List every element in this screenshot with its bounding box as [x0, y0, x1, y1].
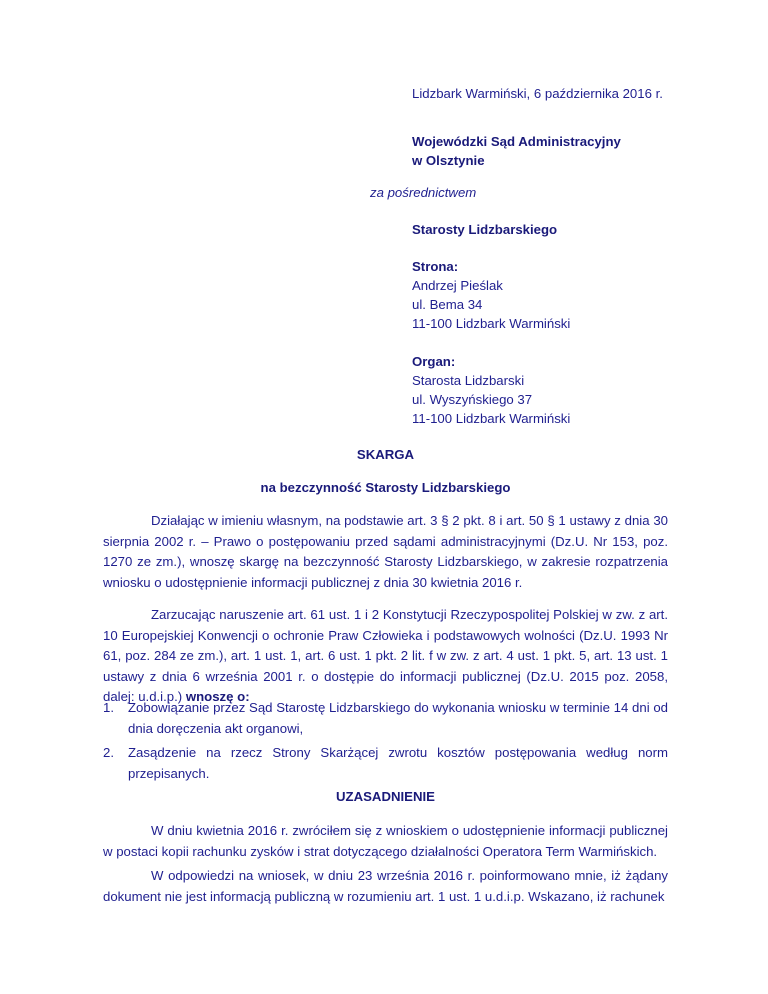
via-authority: Starosty Lidzbarskiego: [412, 220, 557, 240]
justification-paragraph-2: W odpowiedzi na wniosek, w dniu 23 wrześ…: [103, 866, 668, 907]
document-subtitle: na bezczynność Starosty Lidzbarskiego: [103, 478, 668, 498]
party-city: 11-100 Lidzbark Warmiński: [412, 314, 570, 334]
court-name-line2: w Olsztynie: [412, 151, 485, 171]
paragraph-2: Zarzucając naruszenie art. 61 ust. 1 i 2…: [103, 605, 668, 708]
paragraph-1: Działając w imieniu własnym, na podstawi…: [103, 511, 668, 593]
organ-name: Starosta Lidzbarski: [412, 371, 524, 391]
court-name-line1: Wojewódzki Sąd Administracyjny: [412, 132, 621, 152]
request-text: Zasądzenie na rzecz Strony Skarżącej zwr…: [128, 742, 668, 784]
organ-city: 11-100 Lidzbark Warmiński: [412, 409, 570, 429]
place-date: Lidzbark Warmiński, 6 października 2016 …: [412, 84, 663, 104]
party-name: Andrzej Pieślak: [412, 276, 503, 296]
request-item-1: 1. Zobowiązanie przez Sąd Starostę Lidzb…: [103, 697, 668, 739]
request-item-2: 2. Zasądzenie na rzecz Strony Skarżącej …: [103, 742, 668, 784]
organ-label: Organ:: [412, 352, 455, 372]
organ-street: ul. Wyszyńskiego 37: [412, 390, 532, 410]
request-number: 1.: [103, 697, 125, 718]
request-text: Zobowiązanie przez Sąd Starostę Lidzbars…: [128, 697, 668, 739]
justification-title: UZASADNIENIE: [103, 787, 668, 807]
via-label: za pośrednictwem: [370, 183, 476, 203]
request-number: 2.: [103, 742, 125, 763]
party-label: Strona:: [412, 257, 458, 277]
party-street: ul. Bema 34: [412, 295, 482, 315]
justification-paragraph-1: W dniu kwietnia 2016 r. zwróciłem się z …: [103, 821, 668, 862]
document-title: SKARGA: [103, 445, 668, 465]
